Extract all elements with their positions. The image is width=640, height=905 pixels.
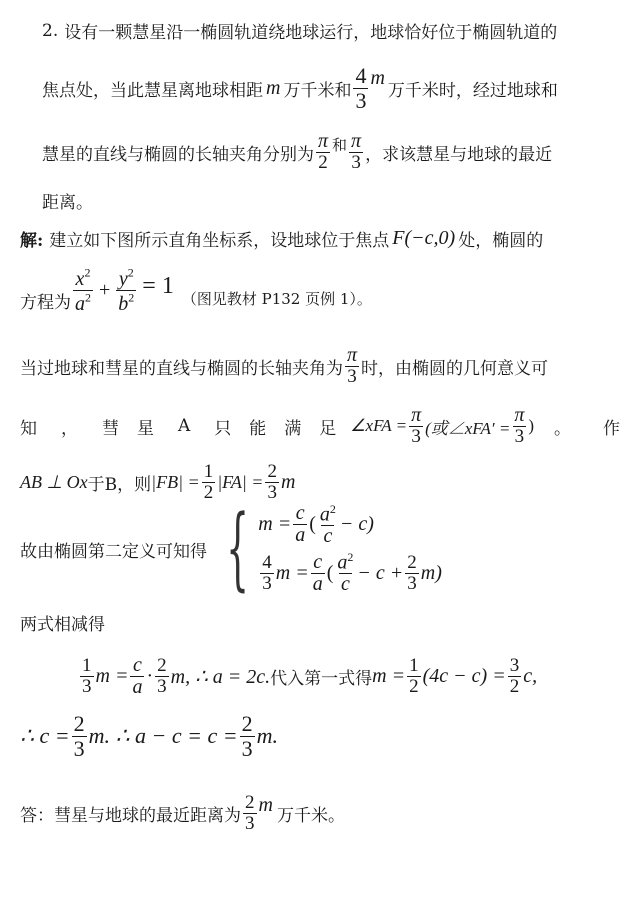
problem-line-2: 焦点处，当此慧星离地球相距 m 万千米和 43 m 万千米时，经过地球和 [42, 58, 558, 118]
equation-system: 故由椭圆第二定义可知得 { m = ca ( a2c − c) 43 m = c… [20, 494, 442, 604]
solution-label: 解: [20, 226, 43, 251]
problem-number: 2. [42, 21, 58, 41]
answer-line: 答： 彗星与地球的最近距离为 23 m 万千米。 [20, 790, 345, 836]
problem-line-1: 2. 设有一颗慧星沿一椭圆轨道绕地球运行，地球恰好位于椭圆轨道的 [42, 18, 557, 43]
fraction-pi-3: π3 [349, 131, 363, 173]
fraction-pi-3: π3 [345, 345, 359, 387]
fraction-4-3: 43 [353, 64, 368, 111]
problem-line-4: 距离。 [42, 188, 93, 213]
solution-line-4: 知 ， 彗 星 A 只 能 满 足 ∠xFA = π3 (或∠xFA′ = π3… [20, 400, 620, 452]
solution-line-7: 两式相减得 [20, 610, 105, 635]
problem-line-3: 慧星的直线与椭圆的长轴夹角分别为 π2 和 π3 ，求该慧星与地球的最近 [42, 126, 552, 178]
answer-label: 答： [20, 801, 54, 826]
fraction-x2-a2: x2 a2 [73, 266, 93, 315]
solution-line-1: 解: 建立如下图所示直角坐标系，设地球位于焦点 F(−c,0) 处，椭圆的 [20, 226, 543, 251]
solution-line-3: 当过地球和彗星的直线与椭圆的长轴夹角为 π3 时，由椭圆的几何意义可 [20, 340, 548, 392]
solution-line-2: 方程为 x2 a2 + y2 b2 = 1 （图见教材 P132 页例 1）。 [20, 258, 372, 322]
system-equations: m = ca ( a2c − c) 43 m = ca ( a2c − c + … [258, 503, 442, 596]
fraction-pi-2: π2 [316, 131, 330, 173]
left-brace-icon: { [226, 504, 249, 594]
solution-line-8: 13 m = ca · 23 m, ∴ a = 2c. 代入第一式得 m = 1… [78, 648, 537, 704]
fraction-y2-b2: y2 b2 [116, 266, 136, 315]
solution-line-9: ∴ c = 23 m. ∴ a − c = c = 23 m. [20, 708, 278, 764]
